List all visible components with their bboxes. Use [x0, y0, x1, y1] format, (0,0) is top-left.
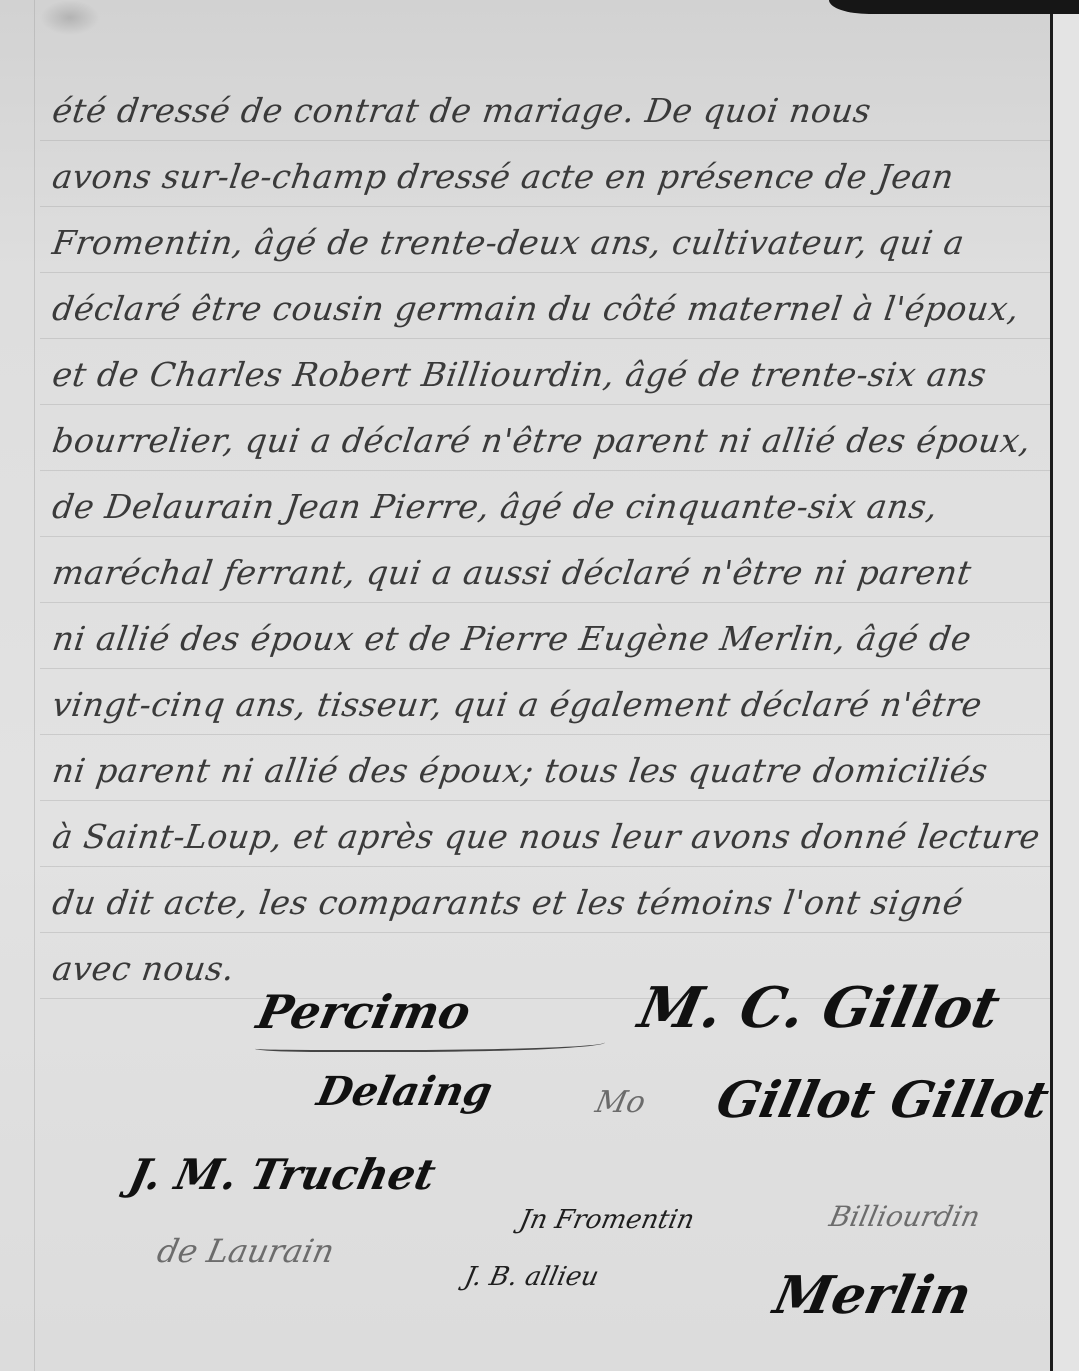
signature-allieu: J. B. allieu [462, 1262, 602, 1292]
page-binding-edge [1050, 0, 1079, 1371]
text-line: ni allié des époux et de Pierre Eugène M… [48, 606, 1057, 672]
text-line: été dressé de contrat de mariage. De quo… [48, 78, 1057, 144]
signature-mc-gillot: M. C. Gillot [633, 975, 1005, 1041]
signature-delaing: Delaing [313, 1068, 496, 1115]
text-line: bourrelier, qui a déclaré n'être parent … [48, 408, 1057, 474]
text-line: déclaré être cousin germain du côté mate… [48, 276, 1057, 342]
text-line: ni parent ni allié des époux; tous les q… [48, 738, 1057, 804]
text-line: de Delaurain Jean Pierre, âgé de cinquan… [48, 474, 1057, 540]
signature-truchet: J. M. Truchet [125, 1150, 440, 1199]
signature-fromentin: Jn Fromentin [517, 1205, 697, 1235]
text-line: Fromentin, âgé de trente-deux ans, culti… [48, 210, 1057, 276]
record-body: été dressé de contrat de mariage. De quo… [48, 78, 1048, 1002]
signature-billiourdin: Billiourdin [826, 1200, 983, 1233]
text-line: à Saint-Loup, et après que nous leur avo… [48, 804, 1057, 870]
text-line: et de Charles Robert Billiourdin, âgé de… [48, 342, 1057, 408]
signature-gillot: Gillot Gillot [712, 1070, 1054, 1129]
signature-mo: Mo [592, 1085, 648, 1120]
text-line: vingt-cinq ans, tisseur, qui a également… [48, 672, 1057, 738]
signature-merlin: Merlin [769, 1265, 977, 1326]
text-line: du dit acte, les comparants et les témoi… [48, 870, 1057, 936]
text-line: avons sur-le-champ dressé acte en présen… [48, 144, 1057, 210]
paper-stain [40, 0, 100, 35]
margin-rule [34, 0, 35, 1371]
text-line: maréchal ferrant, qui a aussi déclaré n'… [48, 540, 1057, 606]
signature-percimo: Percimo [252, 985, 475, 1039]
ink-blot [829, 0, 1079, 14]
document-page: été dressé de contrat de mariage. De quo… [0, 0, 1053, 1371]
signature-de-laurain: de Laurain [154, 1232, 338, 1270]
